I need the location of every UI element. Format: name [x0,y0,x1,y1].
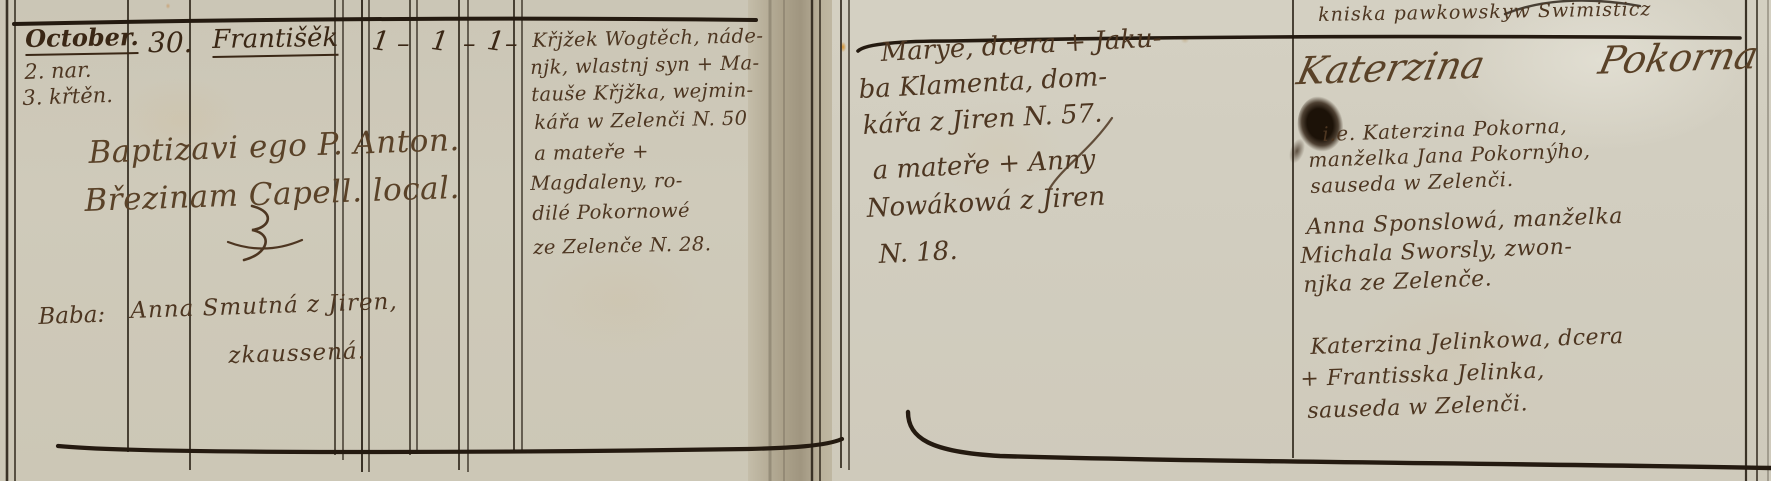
midwife-qualifier: zkaussená. [228,340,366,368]
father-line: njk, wlastnj syn + Ma- [530,53,760,77]
tally-protestant: – [397,31,410,56]
father-line: dilé Pokornowé [532,201,690,224]
father-line: ze Zelenče N. 28. [533,234,711,257]
tally-girl: – [463,31,476,56]
father-line: Křjžek Wogtěch, náde- [532,26,764,50]
father-line: a mateře + [534,142,649,164]
father-line: kářa w Zelenči N. 50 [534,109,748,133]
godparent1-line: sauseda w Zelenči. [1310,169,1514,196]
house-number: 30. [148,29,193,57]
entry-born-date: 2. nar. [24,60,92,83]
child-name: Františěk [212,25,338,58]
father-line: Magdaleny, ro- [530,171,683,194]
signature-last-name: Pokorna [1596,36,1762,80]
tally-illegitimate: – [505,31,518,56]
mother-line: N. 18. [878,238,958,268]
father-line: tauše Křjžka, wejmin- [531,80,754,104]
entry-month: October. [25,25,139,56]
signature-first-name: Katerzina [1294,45,1488,90]
midwife-label: Baba: [38,304,106,329]
register-scan: October. 2. nar. 3. křtěn. 30. Františěk… [0,0,1771,481]
entry-baptized-date: 3. křtěn. [22,85,113,109]
